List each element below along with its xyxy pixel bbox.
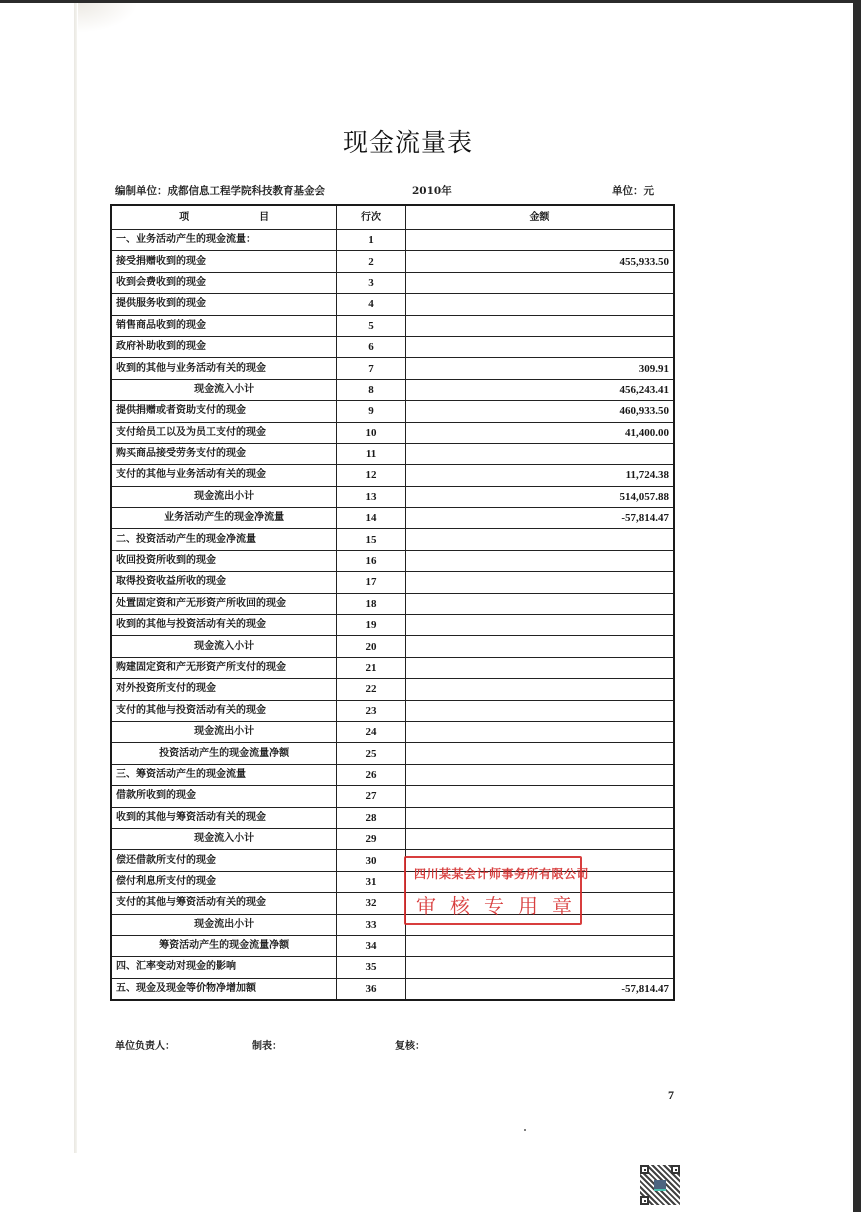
document-page: 现金流量表 编制单位：成都信息工程学院科技教育基金会 2010年 单位：元 项目…	[0, 3, 853, 1212]
row-item-label: 收到会费收到的现金	[111, 272, 337, 293]
row-number: 11	[337, 443, 406, 464]
row-number: 25	[337, 743, 406, 764]
row-item-label: 对外投资所支付的现金	[111, 679, 337, 700]
row-amount	[405, 593, 674, 614]
page-number: 7	[668, 1088, 674, 1103]
row-amount: 455,933.50	[405, 251, 674, 272]
qr-logo-icon	[654, 1180, 666, 1191]
row-amount	[405, 957, 674, 978]
row-amount: 514,057.88	[405, 486, 674, 507]
row-item-label: 政府补助收到的现金	[111, 336, 337, 357]
row-item-label: 筹资活动产生的现金流量净额	[111, 935, 337, 956]
table-row: 筹资活动产生的现金流量净额34	[111, 935, 674, 956]
row-number: 16	[337, 550, 406, 571]
row-number: 15	[337, 529, 406, 550]
row-item-label: 支付的其他与筹资活动有关的现金	[111, 893, 337, 914]
row-amount	[405, 786, 674, 807]
table-row: 收到的其他与投资活动有关的现金19	[111, 615, 674, 636]
row-item-label: 现金流出小计	[111, 914, 337, 935]
row-item-label: 现金流出小计	[111, 486, 337, 507]
row-item-label: 偿付利息所支付的现金	[111, 871, 337, 892]
row-number: 5	[337, 315, 406, 336]
row-number: 32	[337, 893, 406, 914]
table-row: 投资活动产生的现金流量净额25	[111, 743, 674, 764]
row-item-label: 收到的其他与筹资活动有关的现金	[111, 807, 337, 828]
row-amount: -57,814.47	[405, 508, 674, 529]
signature-unit-head: 单位负责人：	[115, 1037, 175, 1052]
table-row: 取得投资收益所收的现金17	[111, 572, 674, 593]
table-row: 五、现金及现金等价物净增加额36-57,814.47	[111, 978, 674, 1000]
row-number: 4	[337, 294, 406, 315]
table-row: 收回投资所收到的现金16	[111, 550, 674, 571]
row-amount	[405, 679, 674, 700]
table-row: 偿还借款所支付的现金30	[111, 850, 674, 871]
row-item-label: 支付的其他与投资活动有关的现金	[111, 700, 337, 721]
row-item-label: 业务活动产生的现金净流量	[111, 508, 337, 529]
row-item-label: 五、现金及现金等价物净增加额	[111, 978, 337, 1000]
table-row: 购买商品接受劳务支付的现金11	[111, 443, 674, 464]
row-number: 1	[337, 230, 406, 251]
row-item-label: 接受捐赠收到的现金	[111, 251, 337, 272]
scan-speck	[524, 1129, 526, 1131]
row-number: 21	[337, 657, 406, 678]
table-header-row: 项目 行次 金额	[111, 205, 674, 230]
cash-flow-table: 项目 行次 金额 一、业务活动产生的现金流量：1接受捐赠收到的现金2455,93…	[110, 204, 675, 1001]
table-row: 三、筹资活动产生的现金流量26	[111, 764, 674, 785]
qr-finder-icon	[671, 1165, 680, 1174]
row-item-label: 偿还借款所支付的现金	[111, 850, 337, 871]
scan-edge	[74, 3, 77, 1153]
table-row: 收到的其他与筹资活动有关的现金28	[111, 807, 674, 828]
row-number: 19	[337, 615, 406, 636]
row-number: 8	[337, 379, 406, 400]
table-row: 销售商品收到的现金5	[111, 315, 674, 336]
row-number: 6	[337, 336, 406, 357]
currency-unit: 单位：元	[612, 183, 654, 198]
row-number: 23	[337, 700, 406, 721]
row-amount	[405, 721, 674, 742]
header-item-left: 项	[179, 212, 189, 223]
row-amount	[405, 935, 674, 956]
row-item-label: 现金流入小计	[111, 636, 337, 657]
row-amount	[405, 828, 674, 849]
row-number: 34	[337, 935, 406, 956]
table-body: 一、业务活动产生的现金流量：1接受捐赠收到的现金2455,933.50收到会费收…	[111, 230, 674, 1001]
row-item-label: 提供捐赠或者资助支付的现金	[111, 401, 337, 422]
row-number: 20	[337, 636, 406, 657]
signature-reviewer: 复核：	[395, 1037, 425, 1052]
audit-stamp: 四川某某会计师事务所有限公司 审核专用章	[404, 856, 582, 925]
table-row: 一、业务活动产生的现金流量：1	[111, 230, 674, 251]
qr-finder-icon	[640, 1196, 649, 1205]
row-amount: 309.91	[405, 358, 674, 379]
row-amount	[405, 443, 674, 464]
row-amount	[405, 572, 674, 593]
row-number: 22	[337, 679, 406, 700]
row-number: 31	[337, 871, 406, 892]
row-item-label: 处置固定资和产无形资产所收回的现金	[111, 593, 337, 614]
org-label: 编制单位：成都信息工程学院科技教育基金会	[115, 183, 325, 198]
row-amount	[405, 764, 674, 785]
row-amount: 41,400.00	[405, 422, 674, 443]
row-number: 35	[337, 957, 406, 978]
row-number: 24	[337, 721, 406, 742]
table-row: 接受捐赠收到的现金2455,933.50	[111, 251, 674, 272]
row-item-label: 现金流入小计	[111, 379, 337, 400]
row-item-label: 收到的其他与业务活动有关的现金	[111, 358, 337, 379]
row-number: 33	[337, 914, 406, 935]
row-number: 7	[337, 358, 406, 379]
table-row: 二、投资活动产生的现金净流量15	[111, 529, 674, 550]
row-amount	[405, 230, 674, 251]
row-item-label: 现金流入小计	[111, 828, 337, 849]
row-amount	[405, 657, 674, 678]
table-row: 处置固定资和产无形资产所收回的现金18	[111, 593, 674, 614]
row-item-label: 支付的其他与业务活动有关的现金	[111, 465, 337, 486]
signature-preparer: 制表：	[252, 1037, 282, 1052]
row-amount	[405, 529, 674, 550]
table-row: 购建固定资和产无形资产所支付的现金21	[111, 657, 674, 678]
table-row: 现金流出小计24	[111, 721, 674, 742]
row-number: 28	[337, 807, 406, 828]
row-amount	[405, 700, 674, 721]
row-amount	[405, 315, 674, 336]
header-amount: 金额	[405, 205, 674, 230]
row-number: 17	[337, 572, 406, 593]
scan-smudge	[78, 3, 138, 33]
row-item-label: 支付给员工以及为员工支付的现金	[111, 422, 337, 443]
row-number: 18	[337, 593, 406, 614]
row-item-label: 投资活动产生的现金流量净额	[111, 743, 337, 764]
table-row: 支付的其他与筹资活动有关的现金32	[111, 893, 674, 914]
row-number: 27	[337, 786, 406, 807]
row-number: 14	[337, 508, 406, 529]
row-amount: 11,724.38	[405, 465, 674, 486]
row-number: 9	[337, 401, 406, 422]
header-item: 项目	[111, 205, 337, 230]
row-number: 12	[337, 465, 406, 486]
table-row: 收到的其他与业务活动有关的现金7309.91	[111, 358, 674, 379]
row-amount	[405, 636, 674, 657]
row-item-label: 一、业务活动产生的现金流量：	[111, 230, 337, 251]
row-item-label: 购买商品接受劳务支付的现金	[111, 443, 337, 464]
row-number: 13	[337, 486, 406, 507]
row-number: 36	[337, 978, 406, 1000]
qr-finder-icon	[640, 1165, 649, 1174]
table-row: 现金流出小计13514,057.88	[111, 486, 674, 507]
row-amount	[405, 807, 674, 828]
table-row: 收到会费收到的现金3	[111, 272, 674, 293]
qr-code-icon[interactable]	[640, 1165, 680, 1205]
table-row: 支付的其他与业务活动有关的现金1211,724.38	[111, 465, 674, 486]
row-amount: 456,243.41	[405, 379, 674, 400]
stamp-purpose: 审核专用章	[416, 890, 586, 919]
table-row: 提供捐赠或者资助支付的现金9460,933.50	[111, 401, 674, 422]
header-row-no: 行次	[337, 205, 406, 230]
row-item-label: 销售商品收到的现金	[111, 315, 337, 336]
table-row: 提供服务收到的现金4	[111, 294, 674, 315]
row-amount	[405, 615, 674, 636]
row-item-label: 二、投资活动产生的现金净流量	[111, 529, 337, 550]
row-amount: 460,933.50	[405, 401, 674, 422]
table-row: 业务活动产生的现金净流量14-57,814.47	[111, 508, 674, 529]
row-amount	[405, 743, 674, 764]
row-item-label: 四、汇率变动对现金的影响	[111, 957, 337, 978]
row-item-label: 取得投资收益所收的现金	[111, 572, 337, 593]
row-number: 29	[337, 828, 406, 849]
row-amount: -57,814.47	[405, 978, 674, 1000]
row-number: 2	[337, 251, 406, 272]
table-row: 四、汇率变动对现金的影响35	[111, 957, 674, 978]
table-row: 对外投资所支付的现金22	[111, 679, 674, 700]
row-number: 26	[337, 764, 406, 785]
row-item-label: 三、筹资活动产生的现金流量	[111, 764, 337, 785]
row-amount	[405, 550, 674, 571]
row-amount	[405, 294, 674, 315]
row-item-label: 现金流出小计	[111, 721, 337, 742]
stamp-firm-name: 四川某某会计师事务所有限公司	[414, 865, 589, 882]
row-item-label: 收回投资所收到的现金	[111, 550, 337, 571]
row-amount	[405, 336, 674, 357]
report-year: 2010年	[412, 183, 452, 198]
row-item-label: 借款所收到的现金	[111, 786, 337, 807]
table-row: 现金流入小计8456,243.41	[111, 379, 674, 400]
row-amount	[405, 272, 674, 293]
row-number: 30	[337, 850, 406, 871]
table-row: 支付的其他与投资活动有关的现金23	[111, 700, 674, 721]
header-item-right: 目	[259, 212, 269, 223]
table-row: 现金流出小计33	[111, 914, 674, 935]
page-title: 现金流量表	[0, 123, 816, 159]
row-number: 10	[337, 422, 406, 443]
table-row: 支付给员工以及为员工支付的现金1041,400.00	[111, 422, 674, 443]
table-row: 偿付利息所支付的现金31	[111, 871, 674, 892]
table-row: 政府补助收到的现金6	[111, 336, 674, 357]
table-row: 现金流入小计20	[111, 636, 674, 657]
row-number: 3	[337, 272, 406, 293]
table-row: 借款所收到的现金27	[111, 786, 674, 807]
row-item-label: 收到的其他与投资活动有关的现金	[111, 615, 337, 636]
table-row: 现金流入小计29	[111, 828, 674, 849]
row-item-label: 提供服务收到的现金	[111, 294, 337, 315]
row-item-label: 购建固定资和产无形资产所支付的现金	[111, 657, 337, 678]
